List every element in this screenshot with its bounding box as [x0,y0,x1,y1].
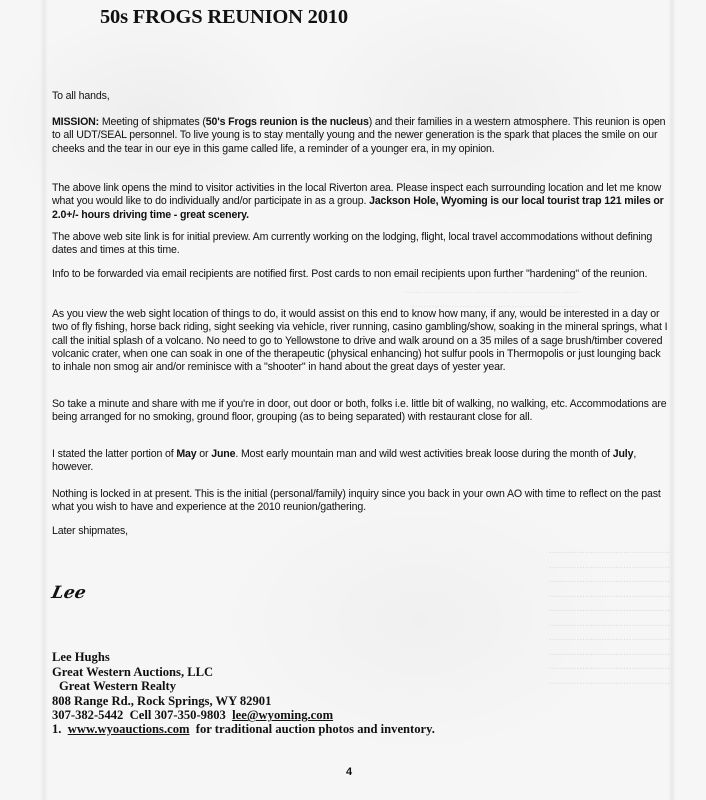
page-number: 4 [346,766,352,778]
text-run: Meeting of shipmates ( [99,116,206,128]
address: 808 Range Rd., Rock Springs, WY 82901 [52,694,333,709]
greeting: To all hands, [52,90,670,103]
phone: 307-382-5442 [52,708,123,722]
document-title: 50s FROGS REUNION 2010 [100,6,348,29]
handwritten-signature: Lee [50,583,88,603]
paragraph-activities: As you view the web sight location of th… [52,308,670,374]
bold-run: June [211,448,235,460]
email-link[interactable]: lee@wyoming.com [232,708,333,722]
paragraph-nothing: Nothing is locked in at present. This is… [52,488,670,515]
cell-label: Cell [130,708,152,722]
paragraph-preview: The above web site link is for initial p… [52,231,670,258]
bold-run: July [613,448,634,460]
link-description: for traditional auction photos and inven… [196,722,435,736]
company-name-secondary: Great Western Realty [52,679,333,694]
text-run: I stated the latter portion of [52,448,176,460]
bold-run: May [176,448,196,460]
paragraph-timing: I stated the latter portion of May or Ju… [52,448,670,475]
reverse-side-bleed: ........................................… [250,283,580,311]
list-number: 1. [52,722,61,736]
paragraph-share: So take a minute and share with me if yo… [52,398,670,425]
paragraph-mission: MISSION: Meeting of shipmates (50's Frog… [52,116,670,156]
paragraph-info: Info to be forwarded via email recipient… [52,268,670,281]
contact-line: 307-382-5442 Cell 307-350-9803 lee@wyomi… [52,708,333,723]
link-list-item: 1. www.wyoauctions.com for traditional a… [52,722,435,737]
scanned-page: ........................................… [0,0,706,800]
closing: Later shipmates, [52,525,670,538]
paragraph-riverton: The above link opens the mind to visitor… [52,182,670,222]
website-link[interactable]: www.wyoauctions.com [68,722,190,736]
text-run: or [197,448,212,460]
text-run: . Most early mountain man and wild west … [235,448,612,460]
bold-run: 50's Frogs reunion is the nucleus [206,116,369,128]
reverse-side-bleed: ........................................… [440,543,670,688]
signature-block: Lee Hughs Great Western Auctions, LLC Gr… [52,650,333,723]
company-name: Great Western Auctions, LLC [52,665,333,680]
scan-edge-shadow [40,0,48,800]
cell-phone: 307-350-9803 [155,708,226,722]
mission-label: MISSION: [52,116,99,128]
signer-name: Lee Hughs [52,650,333,665]
